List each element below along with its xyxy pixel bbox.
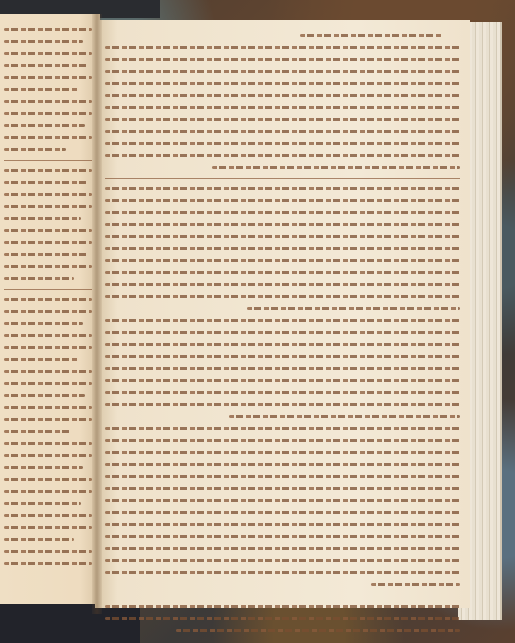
left-page bbox=[0, 14, 100, 604]
right-text-block-1 bbox=[105, 34, 460, 641]
book-gutter bbox=[92, 14, 102, 614]
right-page bbox=[95, 20, 470, 608]
left-text-block bbox=[4, 28, 92, 574]
